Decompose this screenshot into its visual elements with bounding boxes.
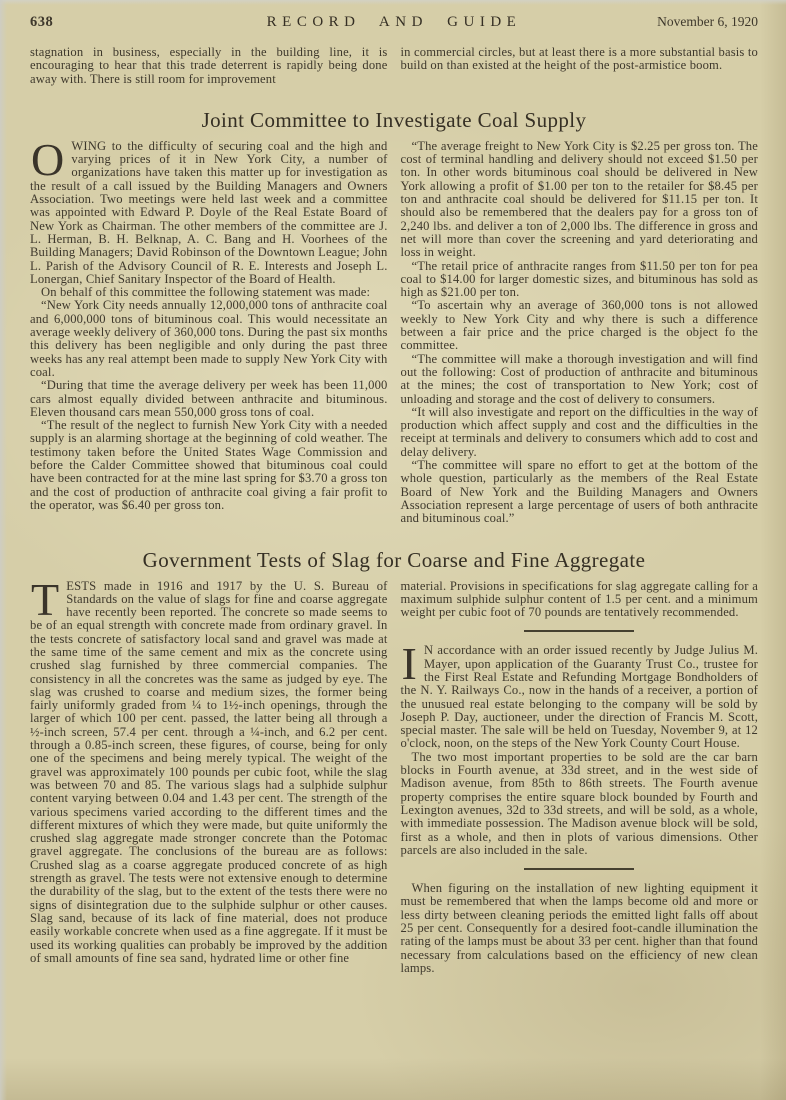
issue-date: November 6, 1920 (521, 14, 758, 30)
article-coal-left-column: OWING to the difficulty of securing coal… (30, 140, 388, 526)
paragraph: “The committee will spare no effort to g… (401, 459, 759, 525)
drop-cap: T (30, 580, 66, 618)
article-slag-right-column: material. Provisions in specifications f… (401, 580, 759, 976)
paragraph: “It will also investigate and report on … (401, 406, 759, 459)
paragraph: On behalf of this committee the followin… (30, 286, 388, 299)
paragraph-text: ESTS made in 1916 and 1917 by the U. S. … (30, 579, 388, 965)
section-divider (524, 868, 634, 870)
paragraph: “The average freight to New York City is… (401, 140, 759, 260)
article-coal-body: OWING to the difficulty of securing coal… (30, 140, 758, 526)
paragraph: When figuring on the installation of new… (401, 882, 759, 975)
paragraph: “The result of the neglect to furnish Ne… (30, 419, 388, 512)
article-coal-right-column: “The average freight to New York City is… (401, 140, 759, 526)
scanned-magazine-page: { "colors": { "paper": "#d6cea8", "ink":… (0, 0, 786, 1100)
paragraph: “During that time the average delivery p… (30, 379, 388, 419)
paragraph-text: N accordance with an order issued recent… (401, 643, 759, 750)
drop-cap: O (30, 140, 71, 178)
paragraph-text: WING to the difficulty of securing coal … (30, 139, 388, 286)
page-number: 638 (30, 14, 267, 31)
journal-title: RECORD AND GUIDE (267, 14, 522, 31)
paragraph: material. Provisions in specifications f… (401, 580, 759, 620)
drop-cap: I (401, 644, 424, 682)
paragraph: TESTS made in 1916 and 1917 by the U. S.… (30, 580, 388, 966)
article-slag-left-column: TESTS made in 1916 and 1917 by the U. S.… (30, 580, 388, 976)
intro-left-text: stagnation in business, especially in th… (30, 46, 388, 86)
intro-right-text: in commercial circles, but at least ther… (401, 46, 759, 86)
paragraph: The two most important properties to be … (401, 751, 759, 857)
article-title-coal: Joint Committee to Investigate Coal Supp… (30, 108, 758, 133)
paragraph: “New York City needs annually 12,000,000… (30, 299, 388, 379)
article-slag-body: TESTS made in 1916 and 1917 by the U. S.… (30, 580, 758, 976)
paragraph: “The retail price of anthracite ranges f… (401, 260, 759, 300)
page: 638 RECORD AND GUIDE November 6, 1920 st… (0, 0, 786, 975)
paragraph: “To ascertain why an average of 360,000 … (401, 299, 759, 352)
section-divider (524, 630, 634, 632)
article-title-slag: Government Tests of Slag for Coarse and … (30, 548, 758, 573)
intro-section: stagnation in business, especially in th… (30, 46, 758, 86)
paragraph: OWING to the difficulty of securing coal… (30, 140, 388, 286)
masthead: 638 RECORD AND GUIDE November 6, 1920 (30, 14, 758, 31)
paragraph: “The committee will make a thorough inve… (401, 353, 759, 406)
paragraph: IN accordance with an order issued recen… (401, 644, 759, 750)
